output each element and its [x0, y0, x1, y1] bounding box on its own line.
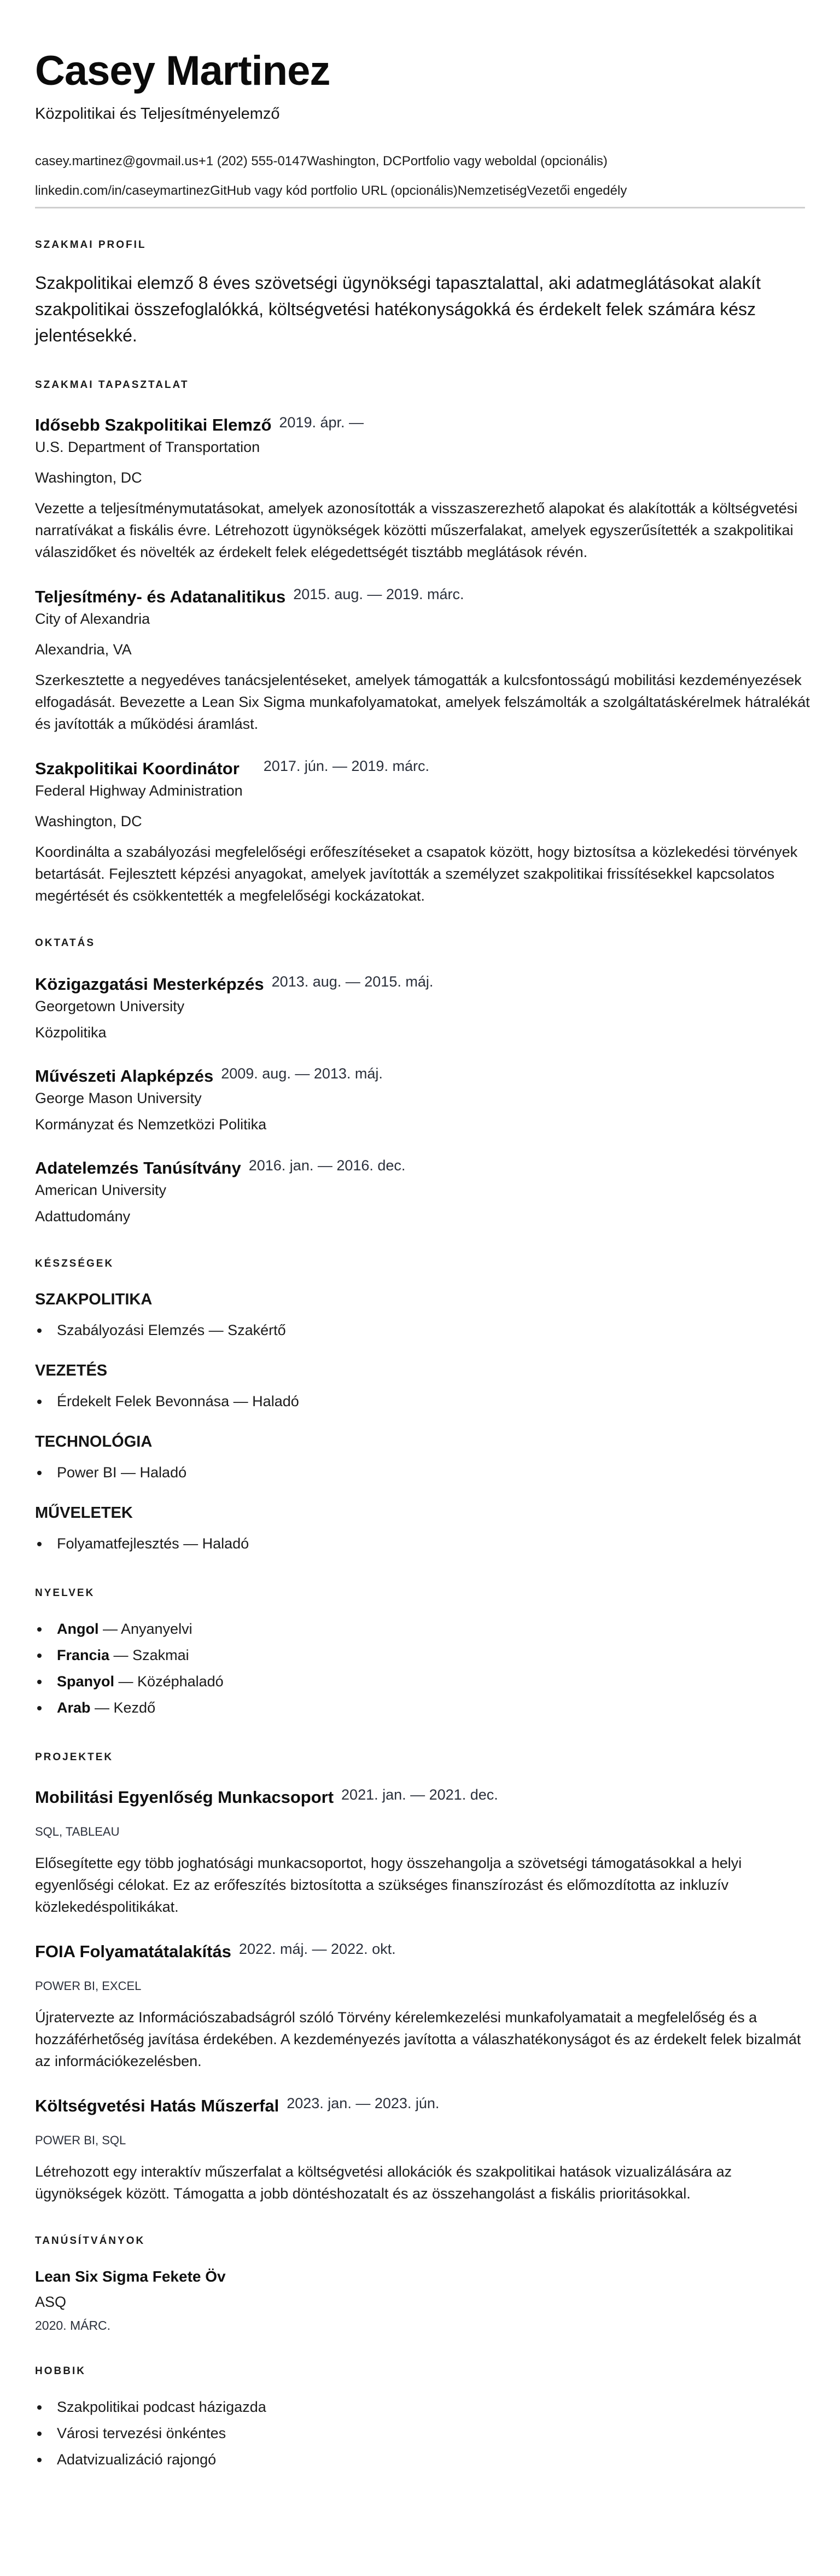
skill-category: TECHNOLÓGIA [35, 1431, 805, 1453]
projects-section: PROJEKTEK Mobilitási Egyenlőség Munkacso… [35, 1749, 805, 2204]
project-entry: FOIA Folyamatátalakítás 2022. máj. — 202… [35, 1941, 805, 2072]
language-item: Spanyol — Középhaladó [35, 1668, 805, 1695]
experience-entry-header: Idősebb Szakpolitikai Elemző 2019. ápr. … [35, 414, 805, 436]
project-tech: POWER BI, EXCEL [35, 1978, 805, 1994]
field-of-study: Adattudomány [35, 1205, 805, 1227]
language-item: Francia — Szakmai [35, 1642, 805, 1668]
education-entry: Adatelemzés Tanúsítvány 2016. jan. — 201… [35, 1157, 805, 1227]
experience-section: SZAKMAI TAPASZTALAT Idősebb Szakpolitika… [35, 377, 805, 907]
degree-date: 2013. aug. — 2015. máj. [272, 973, 434, 990]
skill-category: VEZETÉS [35, 1360, 805, 1382]
skill-group: MŰVELETEK Folyamatfejlesztés — Haladó [35, 1502, 805, 1557]
experience-entry-header: Teljesítmény- és Adatanalitikus 2015. au… [35, 586, 805, 608]
language-level: Középhaladó [137, 1673, 224, 1690]
hobby-item: Városi tervezési önkéntes [35, 2420, 805, 2446]
project-entry: Mobilitási Egyenlőség Munkacsoport 2021.… [35, 1786, 805, 1918]
job-title: Teljesítmény- és Adatanalitikus [35, 586, 285, 608]
skill-group: VEZETÉS Érdekelt Felek Bevonnása — Halad… [35, 1360, 805, 1414]
language-name: Arab [57, 1699, 91, 1716]
degree-date: 2009. aug. — 2013. máj. [221, 1065, 383, 1082]
job-date: 2017. jún. — 2019. márc. [264, 758, 429, 774]
school-name: Georgetown University [35, 995, 805, 1017]
job-description: Szerkesztette a negyedéves tanácsjelenté… [35, 669, 812, 735]
language-separator: — [91, 1699, 114, 1716]
certification-issuer: ASQ [35, 2291, 805, 2313]
project-tech: POWER BI, SQL [35, 2132, 805, 2149]
job-date: 2015. aug. — 2019. márc. [293, 586, 464, 602]
project-entry-header: Költségvetési Hatás Műszerfal 2023. jan.… [35, 2095, 805, 2117]
language-level: Anyanyelvi [121, 1621, 192, 1637]
section-title-experience: SZAKMAI TAPASZTALAT [35, 377, 805, 393]
hobby-item: Adatvizualizáció rajongó [35, 2446, 805, 2473]
hobbies-section: HOBBIK Szakpolitikai podcast házigazda V… [35, 2363, 805, 2473]
contact-portfolio[interactable]: Portfolio vagy weboldal (opcionális) [402, 147, 608, 176]
education-entry: Közigazgatási Mesterképzés 2013. aug. — … [35, 973, 805, 1043]
job-location: Alexandria, VA [35, 639, 805, 660]
project-description: Létrehozott egy interaktív műszerfalat a… [35, 2161, 812, 2204]
contact-row-1: casey.martinez@govmail.us +1 (202) 555-0… [35, 147, 805, 176]
language-name: Spanyol [57, 1673, 114, 1690]
resume-page: Casey Martinez Közpolitikai és Teljesítm… [0, 0, 840, 2505]
contact-linkedin[interactable]: linkedin.com/in/caseymartinez [35, 176, 210, 206]
project-date: 2023. jan. — 2023. jún. [287, 2095, 439, 2111]
experience-entry-header: Szakpolitikai Koordinátor 2017. jún. — 2… [35, 758, 805, 780]
job-description: Koordinálta a szabályozási megfelelőségi… [35, 841, 812, 907]
language-list: Angol — Anyanyelvi Francia — Szakmai Spa… [35, 1616, 805, 1721]
project-entry-header: FOIA Folyamatátalakítás 2022. máj. — 202… [35, 1941, 805, 1963]
contact-info: casey.martinez@govmail.us +1 (202) 555-0… [35, 147, 805, 208]
experience-entry: Szakpolitikai Koordinátor 2017. jún. — 2… [35, 758, 805, 907]
skill-list: Folyamatfejlesztés — Haladó [35, 1530, 805, 1557]
education-section: OKTATÁS Közigazgatási Mesterképzés 2013.… [35, 935, 805, 1227]
job-location: Washington, DC [35, 467, 805, 489]
skill-category: MŰVELETEK [35, 1502, 805, 1524]
skill-list: Szabályozási Elemzés — Szakértő [35, 1317, 805, 1343]
job-title: Idősebb Szakpolitikai Elemző [35, 414, 271, 436]
project-entry: Költségvetési Hatás Műszerfal 2023. jan.… [35, 2095, 805, 2204]
project-entry-header: Mobilitási Egyenlőség Munkacsoport 2021.… [35, 1786, 805, 1808]
language-item: Arab — Kezdő [35, 1695, 805, 1721]
project-date: 2022. máj. — 2022. okt. [239, 1941, 396, 1957]
section-title-certifications: TANÚSÍTVÁNYOK [35, 2233, 805, 2249]
job-title: Szakpolitikai Koordinátor [35, 758, 240, 780]
job-organization: Federal Highway Administration [35, 780, 805, 802]
section-title-skills: KÉSZSÉGEK [35, 1256, 805, 1272]
certification-date: 2020. MÁRC. [35, 2316, 805, 2335]
school-name: George Mason University [35, 1087, 805, 1109]
candidate-headline: Közpolitikai és Teljesítményelemző [35, 103, 805, 125]
hobby-item: Szakpolitikai podcast házigazda [35, 2394, 805, 2420]
skill-list: Érdekelt Felek Bevonnása — Haladó [35, 1388, 805, 1414]
contact-phone[interactable]: +1 (202) 555-0147 [199, 147, 307, 176]
skill-list: Power BI — Haladó [35, 1459, 805, 1486]
project-title: FOIA Folyamatátalakítás [35, 1941, 231, 1963]
profile-summary: Szakpolitikai elemző 8 éves szövetségi ü… [35, 270, 801, 349]
language-separator: — [114, 1673, 137, 1690]
job-date: 2019. ápr. — [279, 414, 364, 431]
project-description: Elősegítette egy több joghatósági munkac… [35, 1852, 812, 1918]
contact-location: Washington, DC [307, 147, 402, 176]
project-title: Mobilitási Egyenlőség Munkacsoport [35, 1786, 334, 1808]
language-separator: — [98, 1621, 121, 1637]
section-title-languages: NYELVEK [35, 1585, 805, 1602]
section-title-profile: SZAKMAI PROFIL [35, 237, 805, 253]
resume-header: Casey Martinez Közpolitikai és Teljesítm… [35, 45, 805, 208]
degree-title: Közigazgatási Mesterképzés [35, 973, 264, 995]
skill-item: Folyamatfejlesztés — Haladó [35, 1530, 805, 1557]
project-date: 2021. jan. — 2021. dec. [341, 1786, 498, 1803]
skill-item: Érdekelt Felek Bevonnása — Haladó [35, 1388, 805, 1414]
project-description: Újratervezte az Információszabadságról s… [35, 2006, 812, 2072]
profile-section: SZAKMAI PROFIL Szakpolitikai elemző 8 év… [35, 237, 805, 349]
contact-drivers-license: Vezetői engedély [527, 176, 627, 206]
skill-group: TECHNOLÓGIA Power BI — Haladó [35, 1431, 805, 1486]
language-level: Szakmai [132, 1647, 189, 1663]
project-title: Költségvetési Hatás Műszerfal [35, 2095, 279, 2117]
language-name: Angol [57, 1621, 98, 1637]
project-tech: SQL, TABLEAU [35, 1824, 805, 1840]
contact-nationality: Nemzetiség [458, 176, 527, 206]
language-name: Francia [57, 1647, 109, 1663]
degree-title: Művészeti Alapképzés [35, 1065, 213, 1087]
school-name: American University [35, 1179, 805, 1201]
language-separator: — [109, 1647, 132, 1663]
certification-name: Lean Six Sigma Fekete Öv [35, 2266, 805, 2288]
skill-category: SZAKPOLITIKA [35, 1289, 805, 1310]
field-of-study: Közpolitika [35, 1022, 805, 1043]
candidate-name: Casey Martinez [35, 45, 805, 97]
education-entry-header: Közigazgatási Mesterképzés 2013. aug. — … [35, 973, 805, 995]
contact-row-2: linkedin.com/in/caseymartinez GitHub vag… [35, 176, 805, 206]
skills-section: KÉSZSÉGEK SZAKPOLITIKA Szabályozási Elem… [35, 1256, 805, 1557]
experience-entry: Teljesítmény- és Adatanalitikus 2015. au… [35, 586, 805, 735]
contact-github[interactable]: GitHub vagy kód portfolio URL (opcionáli… [210, 176, 458, 206]
language-item: Angol — Anyanyelvi [35, 1616, 805, 1642]
degree-title: Adatelemzés Tanúsítvány [35, 1157, 241, 1179]
section-title-projects: PROJEKTEK [35, 1749, 805, 1766]
experience-entry: Idősebb Szakpolitikai Elemző 2019. ápr. … [35, 414, 805, 563]
skill-item: Szabályozási Elemzés — Szakértő [35, 1317, 805, 1343]
skill-item: Power BI — Haladó [35, 1459, 805, 1486]
certifications-section: TANÚSÍTVÁNYOK Lean Six Sigma Fekete Öv A… [35, 2233, 805, 2335]
hobby-list: Szakpolitikai podcast házigazda Városi t… [35, 2394, 805, 2473]
job-location: Washington, DC [35, 810, 805, 832]
language-level: Kezdő [114, 1699, 156, 1716]
certification-entry: Lean Six Sigma Fekete Öv ASQ 2020. MÁRC. [35, 2266, 805, 2335]
job-description: Vezette a teljesítménymutatásokat, amely… [35, 497, 812, 563]
education-entry-header: Adatelemzés Tanúsítvány 2016. jan. — 201… [35, 1157, 805, 1179]
education-entry: Művészeti Alapképzés 2009. aug. — 2013. … [35, 1065, 805, 1135]
section-title-education: OKTATÁS [35, 935, 805, 952]
skill-group: SZAKPOLITIKA Szabályozási Elemzés — Szak… [35, 1289, 805, 1343]
job-organization: U.S. Department of Transportation [35, 436, 805, 458]
contact-email[interactable]: casey.martinez@govmail.us [35, 147, 199, 176]
languages-section: NYELVEK Angol — Anyanyelvi Francia — Sza… [35, 1585, 805, 1721]
section-title-hobbies: HOBBIK [35, 2363, 805, 2380]
degree-date: 2016. jan. — 2016. dec. [249, 1157, 406, 1174]
job-organization: City of Alexandria [35, 608, 805, 630]
education-entry-header: Művészeti Alapképzés 2009. aug. — 2013. … [35, 1065, 805, 1087]
field-of-study: Kormányzat és Nemzetközi Politika [35, 1113, 805, 1135]
